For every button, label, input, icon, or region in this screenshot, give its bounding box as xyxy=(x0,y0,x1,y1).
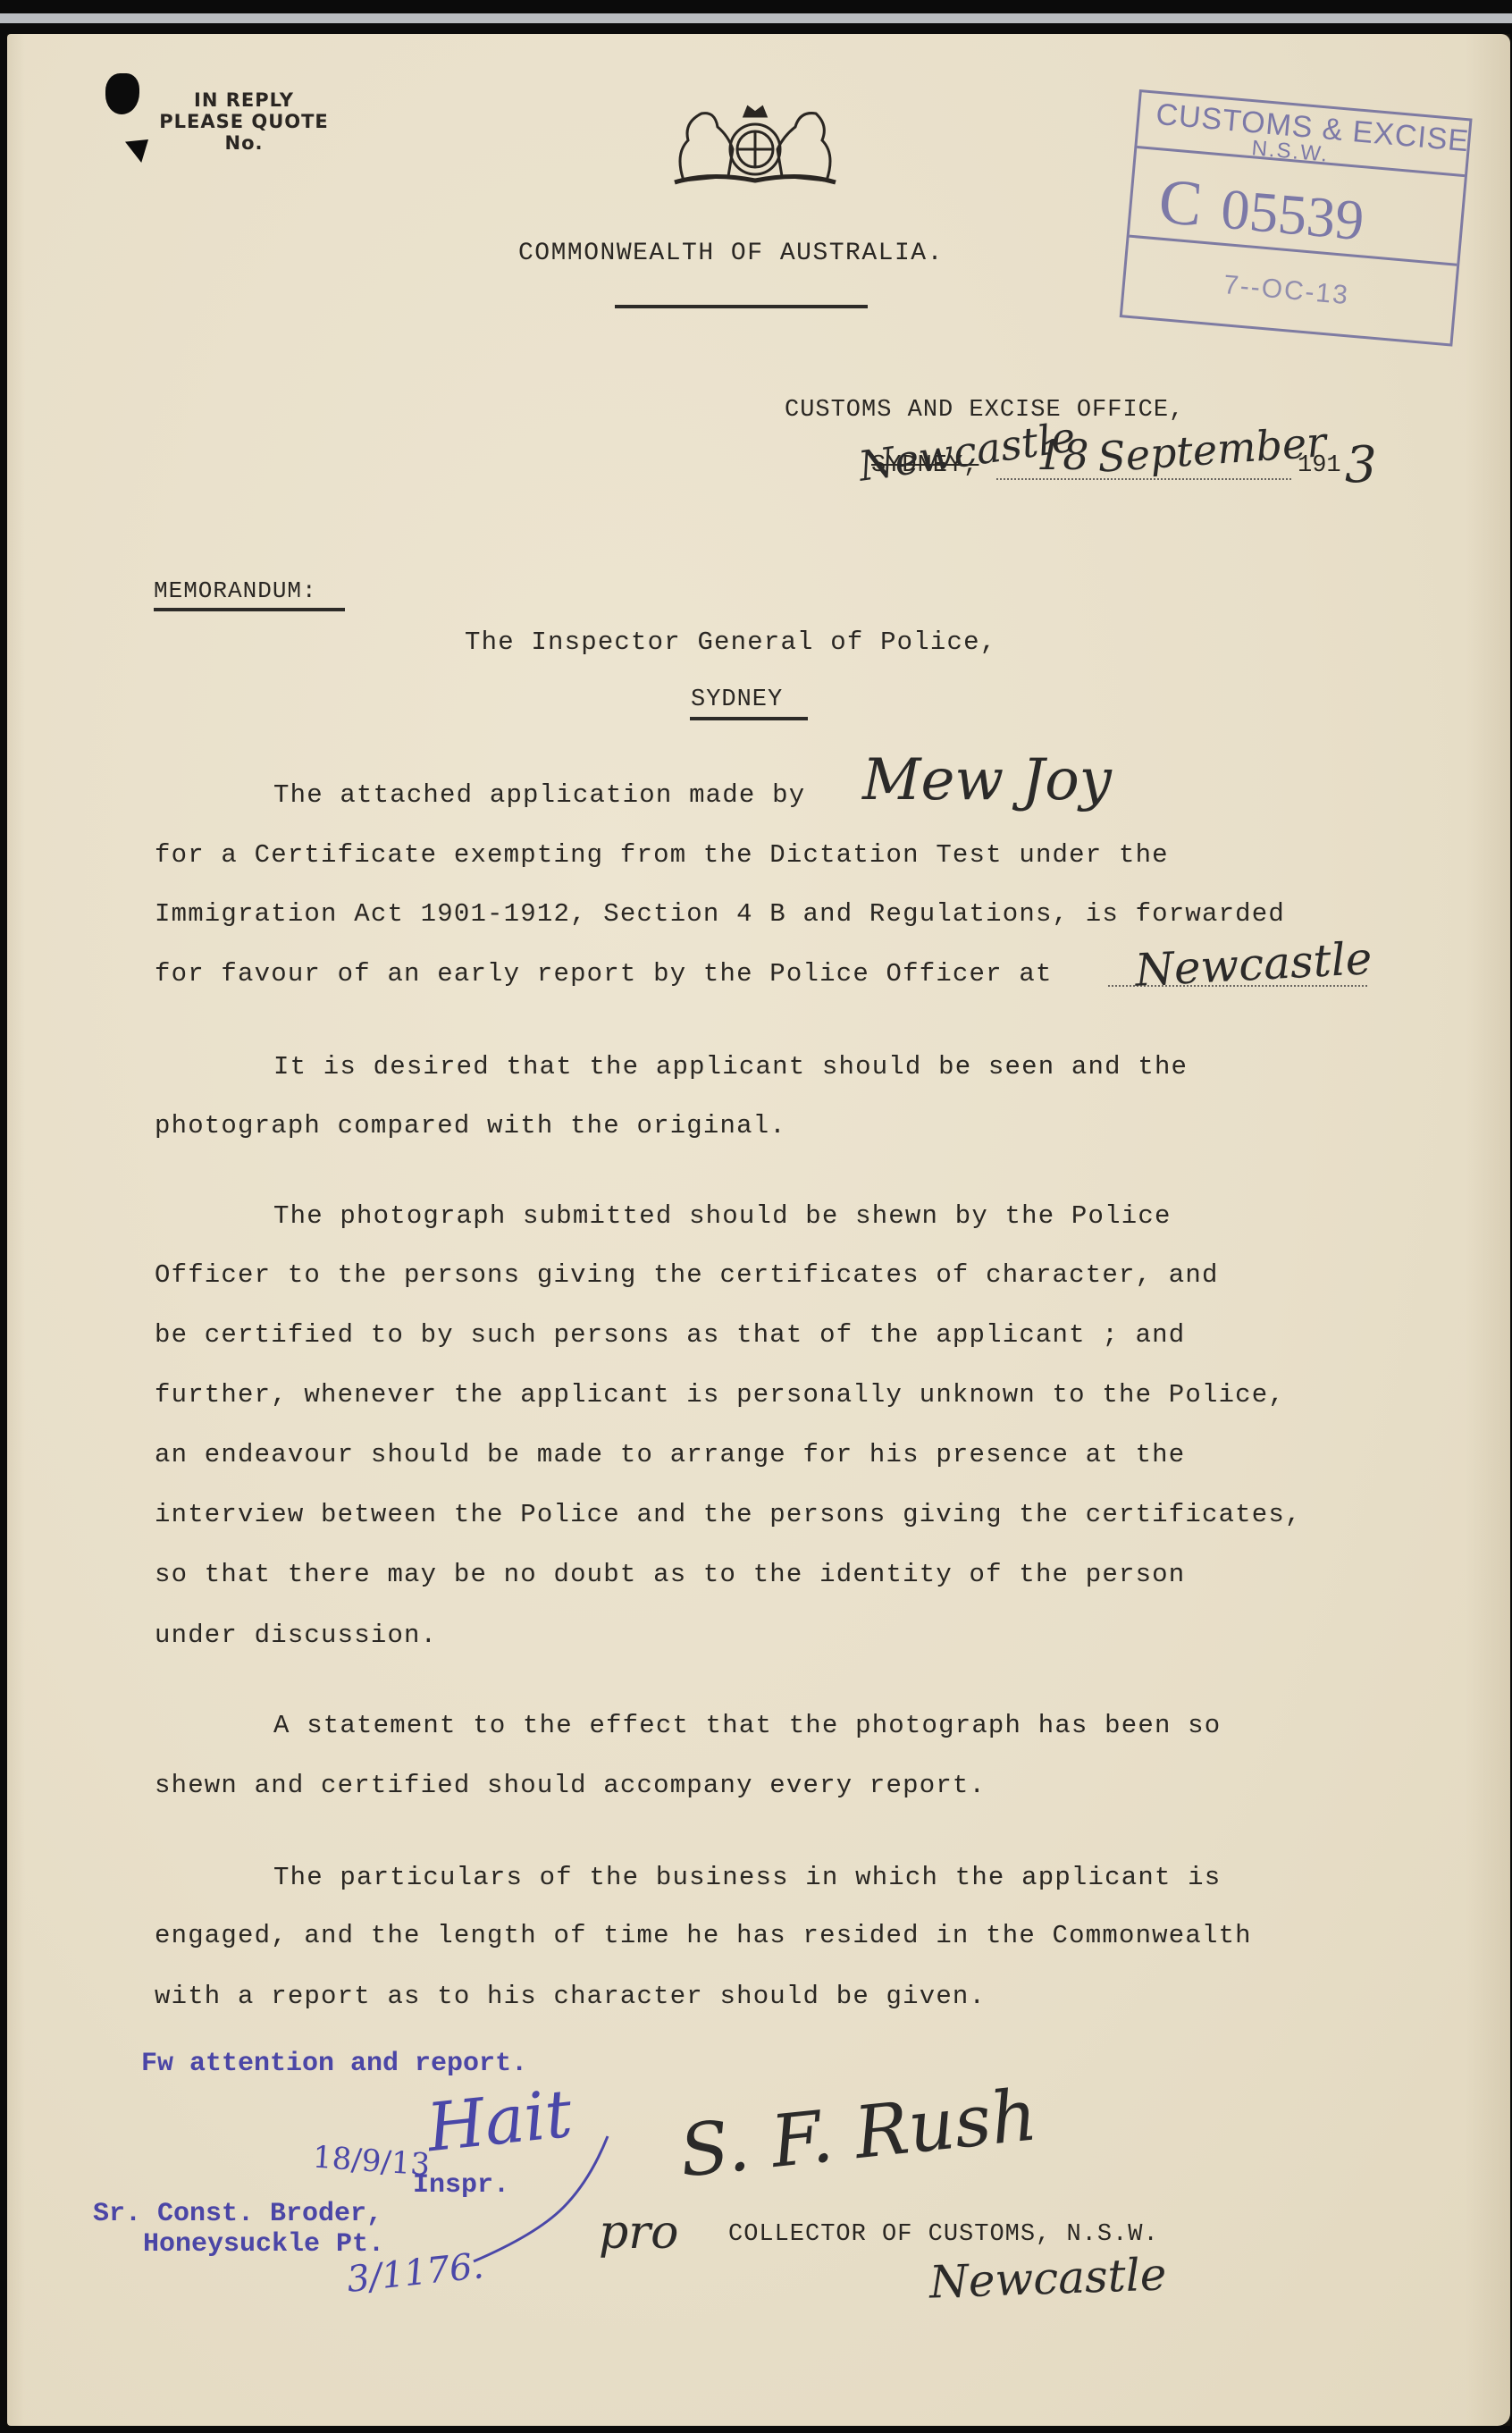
paragraph-3-line-5: an endeavour should be made to arrange f… xyxy=(155,1440,1185,1469)
paragraph-3-line-1: The photograph submitted should be shewn… xyxy=(273,1201,1172,1231)
collector-place-handwritten: Newcastle xyxy=(928,2248,1167,2308)
stamp-digits: 05539 xyxy=(1219,177,1367,253)
recipient-line-2: Honeysuckle Pt. xyxy=(143,2229,384,2260)
paragraph-2-line-2: photograph compared with the original. xyxy=(155,1111,786,1141)
paragraph-1-line-1: for a Certificate exempting from the Dic… xyxy=(155,840,1169,870)
paragraph-4-line-1: A statement to the effect that the photo… xyxy=(273,1711,1221,1740)
date-year-typed: 191 xyxy=(1298,452,1341,479)
stamp-date: 7--OC-13 xyxy=(1222,270,1350,311)
reply-reference-block: IN REPLY PLEASE QUOTE No. xyxy=(150,89,338,154)
customs-received-stamp: CUSTOMS & EXCISE N.S.W. C05539 7--OC-13 xyxy=(1120,89,1473,347)
paragraph-4-line-2: shewn and certified should accompany eve… xyxy=(155,1771,986,1800)
collector-title: COLLECTOR OF CUSTOMS, N.S.W. xyxy=(728,2221,1159,2248)
stamp-letter: C xyxy=(1156,165,1205,240)
paragraph-3-line-2: Officer to the persons giving the certif… xyxy=(155,1260,1219,1290)
date-day-handwritten: 18 xyxy=(1037,431,1089,479)
heading-rule xyxy=(615,305,868,308)
addressee-city-underline xyxy=(690,717,808,720)
applicant-name-handwritten: Mew Joy xyxy=(862,747,1112,813)
country-heading: COMMONWEALTH OF AUSTRALIA. xyxy=(518,240,944,267)
coat-of-arms-icon xyxy=(666,100,844,189)
paragraph-3-line-3: be certified to by such persons as that … xyxy=(155,1320,1185,1350)
reply-line-1: IN REPLY xyxy=(150,89,338,111)
paragraph-5-line-2: engaged, and the length of time he has r… xyxy=(155,1921,1252,1950)
paragraph-5-line-1: The particulars of the business in which… xyxy=(273,1863,1221,1892)
paragraph-3-line-4: further, whenever the applicant is perso… xyxy=(155,1380,1285,1410)
reply-line-2: PLEASE QUOTE xyxy=(150,111,338,132)
date-year-handwritten: 3 xyxy=(1345,436,1377,494)
inspector-title: Inspr. xyxy=(413,2170,509,2201)
addressee-city: SYDNEY xyxy=(691,686,783,713)
paragraph-3-line-8: under discussion. xyxy=(155,1621,437,1650)
office-name: CUSTOMS AND EXCISE OFFICE, xyxy=(785,397,1184,424)
memo-heading-underline xyxy=(154,608,345,611)
paragraph-2-line-1: It is desired that the applicant should … xyxy=(273,1052,1188,1082)
pro-handwritten: pro xyxy=(599,2206,678,2260)
police-instruction: Fw attention and report. xyxy=(141,2049,527,2079)
reply-line-3: No. xyxy=(150,132,338,154)
paragraph-1-line-2: Immigration Act 1901-1912, Section 4 B a… xyxy=(155,899,1285,929)
paragraph-3-line-6: interview between the Police and the per… xyxy=(155,1500,1302,1529)
paragraph-1-intro: The attached application made by xyxy=(273,780,805,810)
paragraph-1-line-3: for favour of an early report by the Pol… xyxy=(155,959,1053,989)
memo-heading: MEMORANDUM: xyxy=(154,577,317,604)
addressee: The Inspector General of Police, xyxy=(465,627,996,657)
recipient-line-1: Sr. Const. Broder, xyxy=(93,2199,382,2229)
paragraph-5-line-3: with a report as to his character should… xyxy=(155,1982,986,2011)
scan-top-strip xyxy=(0,13,1512,23)
paragraph-3-line-7: so that there may be no doubt as to the … xyxy=(155,1560,1185,1589)
